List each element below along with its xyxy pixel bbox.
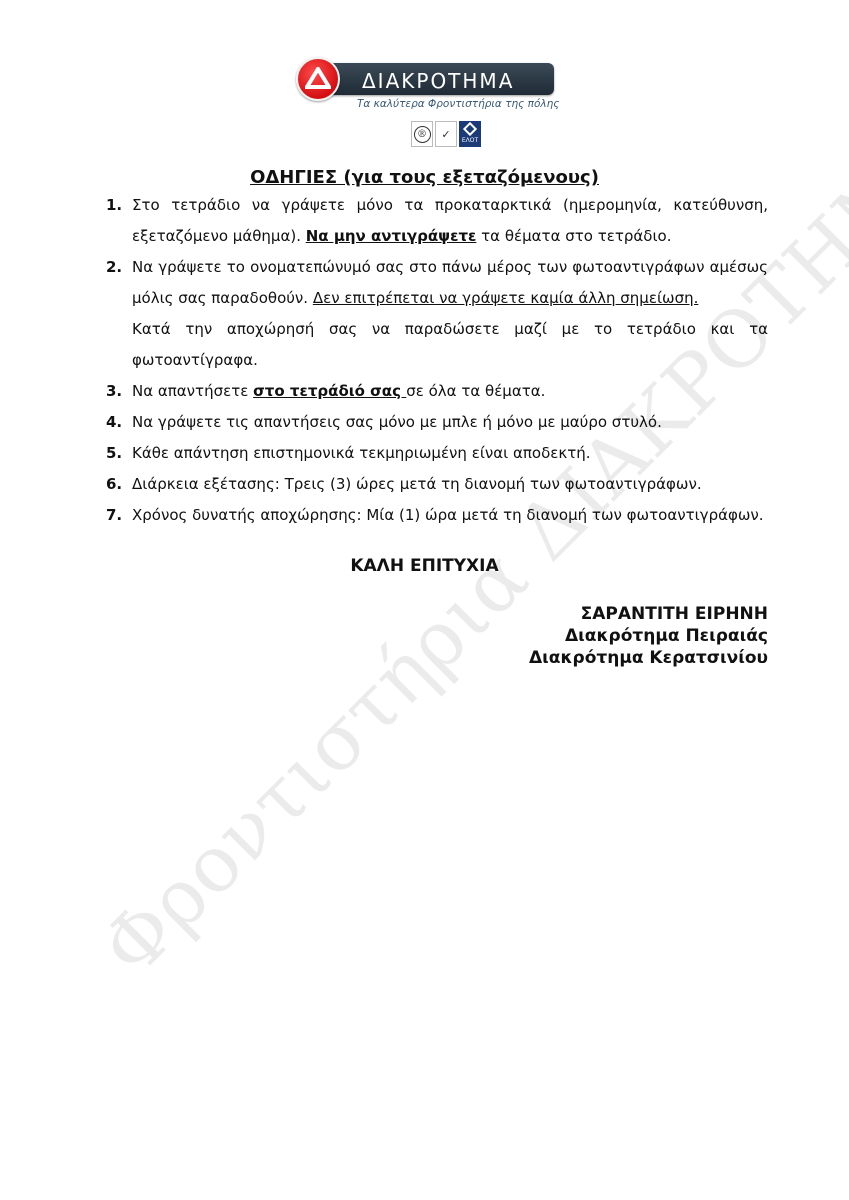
instruction-text: Κάθε απάντηση επιστημονικά τεκμηριωμένη …: [132, 438, 768, 469]
instruction-text: φωτοαντίγραφα.: [132, 345, 768, 376]
signature-name: ΣΑΡΑΝΤΙΤΗ ΕΙΡΗΝΗ: [529, 603, 768, 625]
instruction-item-3: 3. Να απαντήσετε στο τετράδιό σας σε όλα…: [106, 376, 768, 407]
item-number: 1.: [106, 190, 122, 221]
signature-block: ΣΑΡΑΝΤΙΤΗ ΕΙΡΗΝΗ Διακρότημα Πειραιάς Δια…: [529, 603, 768, 669]
instruction-item-1: 1. Στο τετράδιο να γράψετε μόνο τα προκα…: [106, 190, 768, 252]
instruction-text: Διάρκεια εξέτασης: Τρεις (3) ώρες μετά τ…: [132, 469, 768, 500]
page-title: ΟΔΗΓΙΕΣ (για τους εξεταζόμενους): [0, 167, 849, 188]
delta-logo-icon: [296, 57, 340, 101]
emphasis-text: στο τετράδιό σας: [253, 382, 406, 400]
instruction-text: Να γράψετε τις απαντήσεις σας μόνο με μπ…: [132, 407, 768, 438]
quality-check-icon: ✓: [435, 121, 457, 147]
instruction-item-4: 4. Να γράψετε τις απαντήσεις σας μόνο με…: [106, 407, 768, 438]
instruction-text: Στο τετράδιο να γράψετε μόνο τα προκαταρ…: [132, 190, 768, 221]
emphasis-text: Να μην αντιγράψετε: [306, 227, 477, 245]
good-luck-heading: ΚΑΛΗ ΕΠΙΤΥΧΙΑ: [0, 556, 849, 576]
instruction-text: Να απαντήσετε στο τετράδιό σας σε όλα τα…: [132, 376, 768, 407]
signature-branch-keratsini: Διακρότημα Κερατσινίου: [529, 647, 768, 669]
item-number: 2.: [106, 252, 122, 283]
instruction-text: εξεταζόμενο μάθημα). Να μην αντιγράψετε …: [132, 221, 768, 252]
item-number: 3.: [106, 376, 122, 407]
item-number: 6.: [106, 469, 122, 500]
brand-name: ΔΙΑΚΡΟΤΗΜΑ: [362, 69, 514, 93]
item-number: 5.: [106, 438, 122, 469]
instruction-item-5: 5. Κάθε απάντηση επιστημονικά τεκμηριωμέ…: [106, 438, 768, 469]
signature-branch-piraeus: Διακρότημα Πειραιάς: [529, 625, 768, 647]
item-number: 4.: [106, 407, 122, 438]
logo-bar: ΔΙΑΚΡΟΤΗΜΑ: [310, 63, 554, 95]
certification-marks: ® ✓ ΕΛΟΤ: [411, 121, 481, 147]
item-number: 7.: [106, 500, 122, 531]
instruction-text: Κατά την αποχώρησή σας να παραδώσετε μαζ…: [132, 314, 768, 345]
brand-tagline: Τα καλύτερα Φροντιστήρια της πόλης: [357, 98, 559, 110]
instruction-item-2: 2. Να γράψετε το ονοματεπώνυμό σας στο π…: [106, 252, 768, 376]
instruction-item-7: 7. Χρόνος δυνατής αποχώρησης: Μία (1) ώρ…: [106, 500, 768, 531]
elot-icon: ΕΛΟΤ: [459, 121, 481, 147]
brand-logo: ΔΙΑΚΡΟΤΗΜΑ: [296, 60, 554, 98]
instruction-text: Να γράψετε το ονοματεπώνυμό σας στο πάνω…: [132, 252, 768, 283]
instructions-list: 1. Στο τετράδιο να γράψετε μόνο τα προκα…: [106, 190, 768, 531]
instruction-text: Χρόνος δυνατής αποχώρησης: Μία (1) ώρα μ…: [132, 500, 768, 531]
registered-trademark-icon: ®: [411, 121, 433, 147]
instruction-text: μόλις σας παραδοθούν. Δεν επιτρέπεται να…: [132, 283, 768, 314]
instruction-item-6: 6. Διάρκεια εξέτασης: Τρεις (3) ώρες μετ…: [106, 469, 768, 500]
underlined-text: Δεν επιτρέπεται να γράψετε καμία άλλη ση…: [313, 289, 699, 307]
